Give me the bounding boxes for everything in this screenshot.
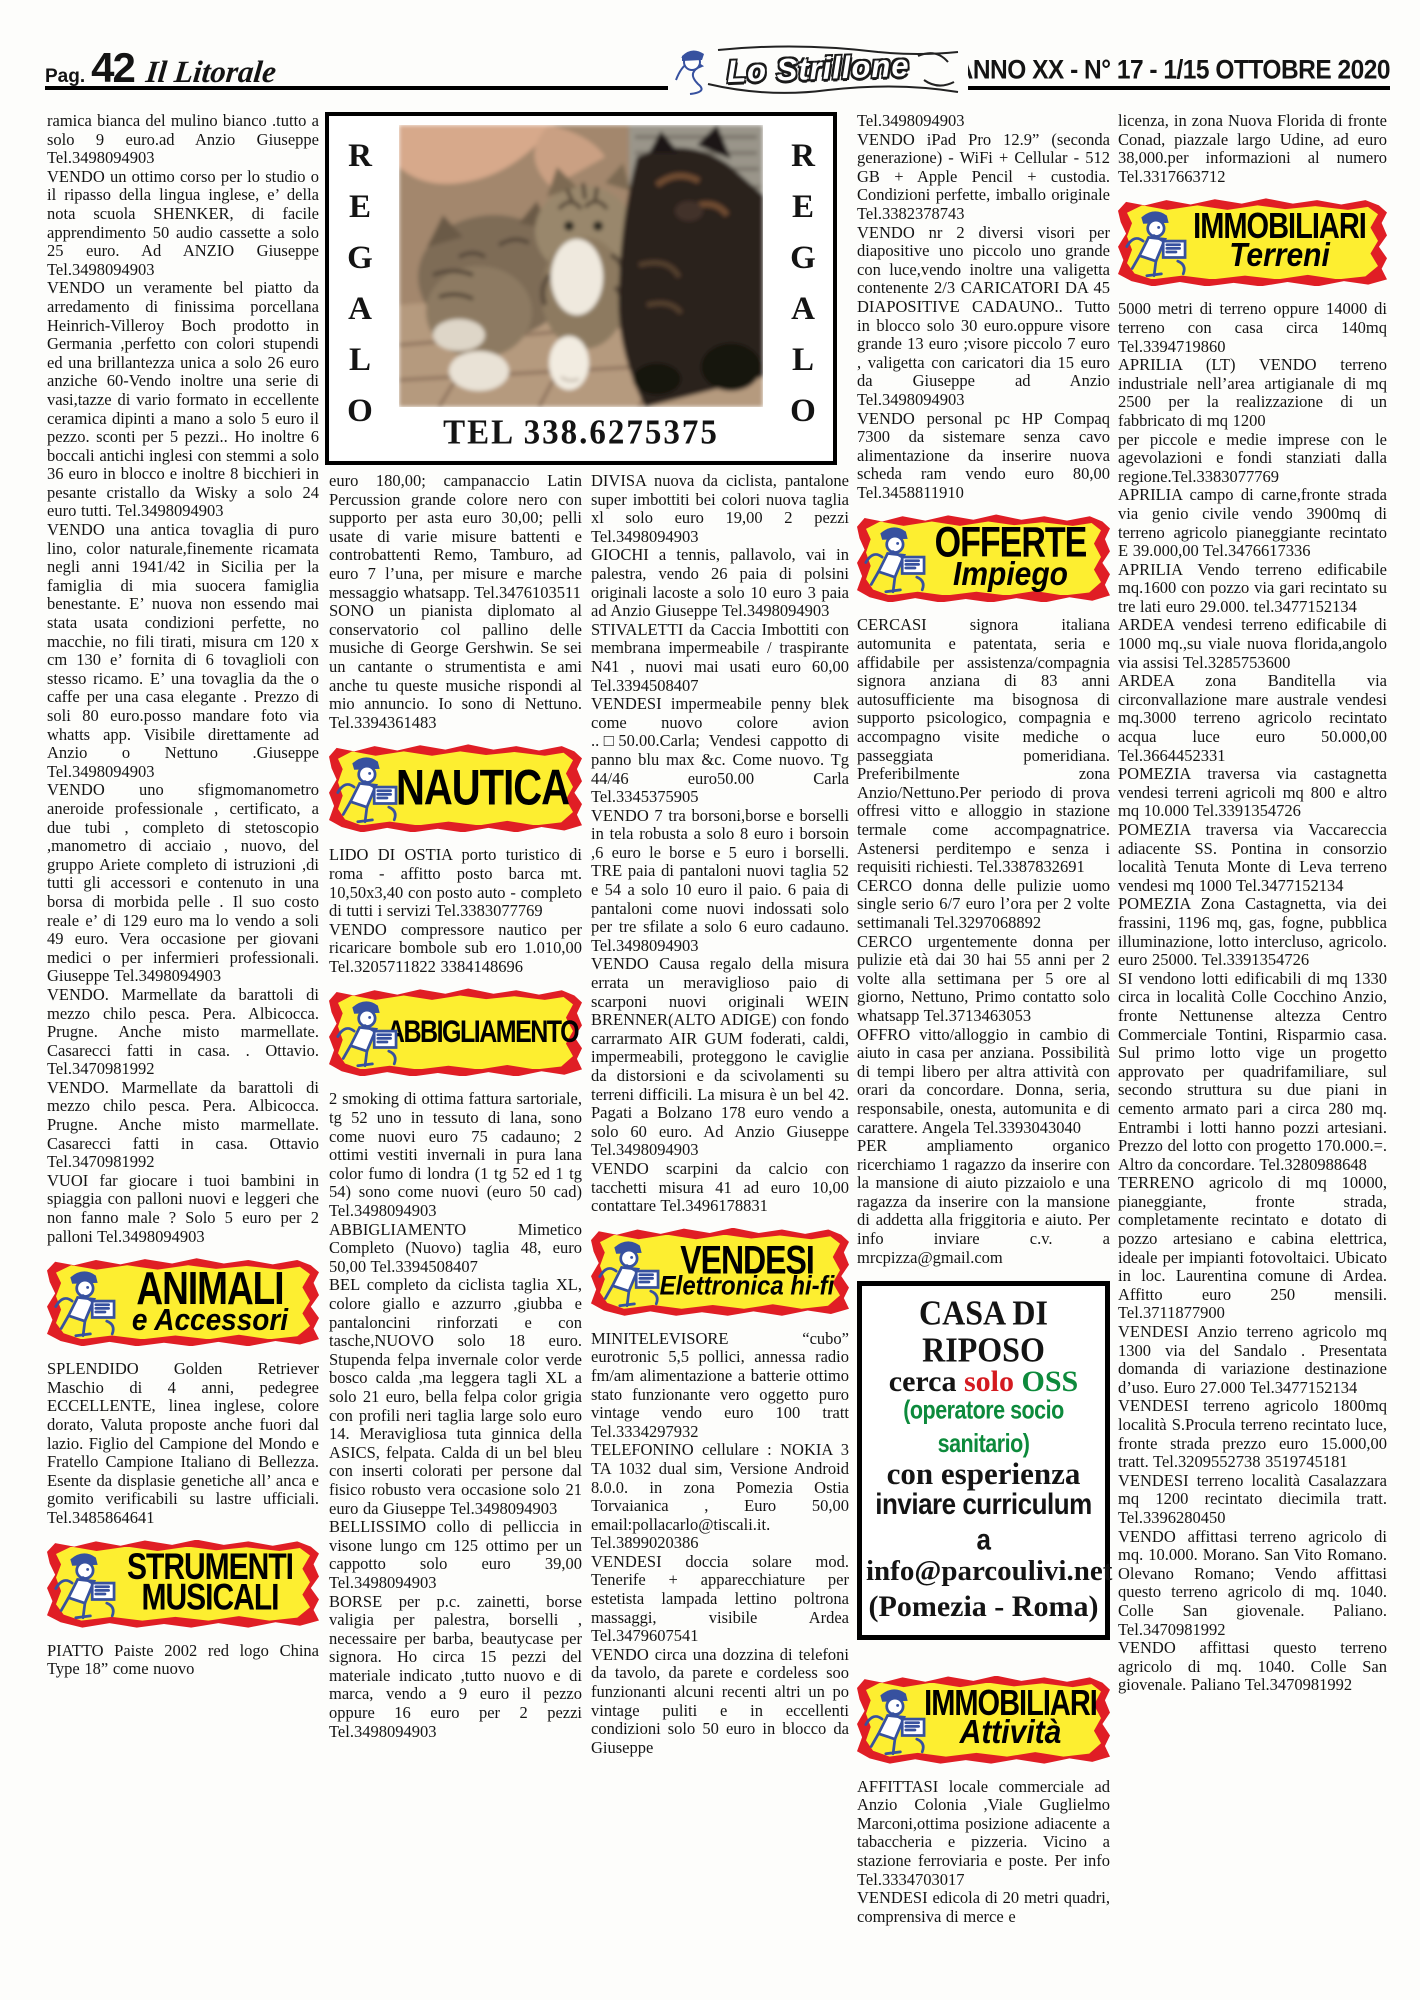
banner-subtitle: Elettronica hi-fi: [660, 1274, 835, 1300]
strillone-mascot-icon: [853, 1678, 935, 1762]
classified-ad: VENDO affittasi terreno agricolo di mq. …: [1118, 1528, 1387, 1640]
classified-ad: VENDO una antica tovaglia di puro lino, …: [47, 521, 319, 781]
classified-ad: 5000 metri di terreno oppure 14000 di te…: [1118, 300, 1387, 356]
classified-ad: ARDEA vendesi terreno edificabile di 100…: [1118, 616, 1387, 672]
regalo-vertical-text-left: REGALO: [343, 138, 376, 444]
strillone-mascot-icon: [853, 516, 935, 600]
banner-subtitle: MUSICALI: [142, 1579, 279, 1617]
classified-ad: VENDO personal pc HP Compaq 7300 da sist…: [857, 410, 1110, 503]
classified-ad: PER ampliamento organico ricerchiamo 1 r…: [857, 1137, 1110, 1267]
classified-ad: POMEZIA traversa via Vaccareccia adiacen…: [1118, 821, 1387, 895]
classified-ad: VENDO. Marmellate da barattoli di mezzo …: [47, 986, 319, 1079]
classified-ad: POMEZIA traversa via castagnetta vendesi…: [1118, 765, 1387, 821]
strillone-mascot-icon: [325, 990, 407, 1074]
banner-subtitle: Impiego: [953, 558, 1068, 591]
strillone-mascot-icon: [43, 1542, 125, 1626]
regalo-vertical-text-right: REGALO: [786, 138, 819, 444]
classified-ad: BORSE per p.c. zainetti, borse valigia p…: [329, 1593, 582, 1742]
classified-ad: VENDO Causa regalo della misura errata u…: [591, 955, 849, 1160]
kittens-photo: [399, 125, 763, 407]
strillone-mascot-icon: [325, 746, 407, 830]
classified-ad: TERRENO agricolo di mq 10000, pianeggian…: [1118, 1174, 1387, 1323]
masthead-left: Pag. 42 Il Litorale: [45, 51, 276, 90]
classified-ad: SI vendono lotti edificabili di mq 1330 …: [1118, 970, 1387, 1175]
section-banner-nautica: NAUTICA: [329, 744, 582, 832]
section-banner-animali: ANIMALIe Accessori: [47, 1258, 319, 1346]
classified-ad: VUOI far giocare i tuoi bambini in spiag…: [47, 1172, 319, 1246]
classified-ad: euro 180,00; campanaccio Latin Percussio…: [329, 472, 582, 602]
classified-ad: VENDO un veramente bel piatto da arredam…: [47, 279, 319, 521]
classified-ad: 2 smoking di ottima fattura sartoriale, …: [329, 1090, 582, 1220]
classified-ad: VENDESI terreno località Casalazzara mq …: [1118, 1472, 1387, 1528]
classified-ad: per piccole e medie imprese con le agevo…: [1118, 431, 1387, 487]
classified-ad: Tel.3498094903: [857, 112, 1110, 131]
classified-ad: CERCO urgentemente donna per pulizie età…: [857, 933, 1110, 1026]
banner-subtitle: e Accessori: [132, 1304, 288, 1335]
classified-ad: STIVALETTI da Caccia Imbottiti con membr…: [591, 621, 849, 695]
classified-ad: POMEZIA Zona Castagnetta, via dei frassi…: [1118, 895, 1387, 969]
classified-ad: VENDO uno sfigmomanometro aneroide profe…: [47, 781, 319, 986]
casa-title: CASA DI RIPOSO: [866, 1295, 1101, 1369]
classified-ad: APRILIA (LT) VENDO terreno industriale n…: [1118, 356, 1387, 430]
classified-ad: VENDO. Marmellate da barattoli di mezzo …: [47, 1079, 319, 1172]
classified-ad: VENDO nr 2 diversi visori per diapositiv…: [857, 224, 1110, 410]
classified-ad: VENDO compressore nautico per ricaricare…: [329, 921, 582, 977]
banner-subtitle: Terreni: [1229, 240, 1330, 273]
classified-ad: VENDESI impermeabile penny blek come nuo…: [591, 695, 849, 807]
classified-ad: MINITELEVISORE “cubo” eurotronic 5,5 pol…: [591, 1330, 849, 1442]
column-1: ramica bianca del mulino bianco .tutto a…: [47, 112, 319, 1679]
strillone-mascot-icon: [587, 1230, 669, 1314]
classified-ad: VENDO iPad Pro 12.9” (seconda generazion…: [857, 131, 1110, 224]
classified-ad: VENDO affittasi questo terreno agricolo …: [1118, 1639, 1387, 1695]
classified-ad: LIDO DI OSTIA porto turistico di roma - …: [329, 846, 582, 920]
classified-ad: VENDO scarpini da calcio con tacchetti m…: [591, 1160, 849, 1216]
section-banner-strumenti-musicali: STRUMENTIMUSICALI: [47, 1540, 319, 1628]
classified-ad: BELLISSIMO collo di pelliccia in visone …: [329, 1518, 582, 1592]
classified-ad: VENDESI doccia solare mod. Tenerife + ap…: [591, 1553, 849, 1646]
classified-ad: VENDO un ottimo corso per lo studio o il…: [47, 168, 319, 280]
column-5: licenza, in zona Nuova Florida di fronte…: [1118, 112, 1387, 1695]
paper-name: Il Litorale: [144, 54, 278, 90]
classified-ad: GIOCHI a tennis, pallavolo, vai in pales…: [591, 546, 849, 620]
classified-ad: SPLENDIDO Golden Retriever Maschio di 4 …: [47, 1360, 319, 1527]
classified-ad: VENDESI Anzio terreno agricolo mq 1300 v…: [1118, 1323, 1387, 1397]
strillone-mascot-icon: [1114, 200, 1196, 284]
classified-ad: OFFRO vitto/alloggio in cambio di aiuto …: [857, 1026, 1110, 1138]
section-banner-offerte-impiego: OFFERTEImpiego: [857, 514, 1110, 602]
classified-ad: CERCO donna delle pulizie uomo single se…: [857, 877, 1110, 933]
casa-oss-expansion: (operatore socio sanitario): [866, 1394, 1101, 1461]
banner-title: ABBIGLIAMENTO: [387, 1018, 578, 1048]
issue-info: ANNO XX - N° 17 - 1/15 OTTOBRE 2020: [956, 56, 1390, 86]
logo-text: Lo Strillone: [726, 48, 910, 90]
page-number: 42: [91, 51, 134, 85]
classified-ad: VENDO circa una dozzina di telefoni da t…: [591, 1646, 849, 1758]
classified-ad: VENDO 7 tra borsoni,borse e borselli in …: [591, 807, 849, 956]
classified-ad: SONO un pianista diplomato al conservato…: [329, 602, 582, 732]
classified-ad: CERCASI signora italiana automunita e pa…: [857, 616, 1110, 876]
newspaper-page: Pag. 42 Il Litorale ANNO XX - N° 17 - 1/…: [0, 0, 1420, 2000]
banner-subtitle: Attività: [960, 1717, 1062, 1750]
banner-title: NAUTICA: [396, 765, 569, 813]
classified-ad: licenza, in zona Nuova Florida di fronte…: [1118, 112, 1387, 186]
classified-ad: APRILIA Vendo terreno edificabile mq.160…: [1118, 561, 1387, 617]
section-banner-vendesi-elettronica: VENDESIElettronica hi-fi: [591, 1228, 849, 1316]
classified-ad: DIVISA nuova da ciclista, pantalone supe…: [591, 472, 849, 546]
section-banner-immobiliari-terreni: IMMOBILIARITerreni: [1118, 198, 1387, 286]
casa-send-cv: inviare curriculum a: [866, 1487, 1101, 1559]
classified-ad: VENDESI edicola di 20 metri quadri, comp…: [857, 1889, 1110, 1926]
classified-ad: ramica bianca del mulino bianco .tutto a…: [47, 112, 319, 168]
classified-ad: TELEFONINO cellulare : NOKIA 3 TA 1032 d…: [591, 1441, 849, 1553]
classified-ad: BEL completo da ciclista taglia XL, colo…: [329, 1276, 582, 1518]
classified-ad: ARDEA zona Banditella via circonvallazio…: [1118, 672, 1387, 765]
section-banner-abbigliamento: ABBIGLIAMENTO: [329, 988, 582, 1076]
strillone-mascot-icon: [43, 1260, 125, 1344]
classified-ad: ABBIGLIAMENTO Mimetico Completo (Nuovo) …: [329, 1221, 582, 1277]
strillone-logo: Lo Strillone: [668, 40, 968, 98]
classified-ad: AFFITTASI locale commerciale ad Anzio Co…: [857, 1778, 1110, 1890]
page-label: Pag.: [45, 66, 85, 88]
casa-location: (Pomezia - Roma): [866, 1589, 1101, 1625]
casa-di-riposo-boxed-ad: CASA DI RIPOSO cerca solo OSS (operatore…: [857, 1281, 1110, 1639]
section-banner-immobiliari-attivita: IMMOBILIARIAttività: [857, 1676, 1110, 1764]
classified-ad: VENDESI terreno agricolo 1800mq località…: [1118, 1397, 1387, 1471]
classified-ad: PIATTO Paiste 2002 red logo China Type 1…: [47, 1642, 319, 1679]
casa-email: info@parcoulivi.net: [866, 1554, 1101, 1589]
column-4: Tel.3498094903 VENDO iPad Pro 12.9” (sec…: [857, 112, 1110, 1926]
classified-ad: APRILIA campo di carne,fronte strada via…: [1118, 486, 1387, 560]
kittens-giveaway-ad: REGALO REGALO: [325, 112, 837, 465]
giveaway-phone: TEL 338.6275375: [329, 414, 833, 453]
